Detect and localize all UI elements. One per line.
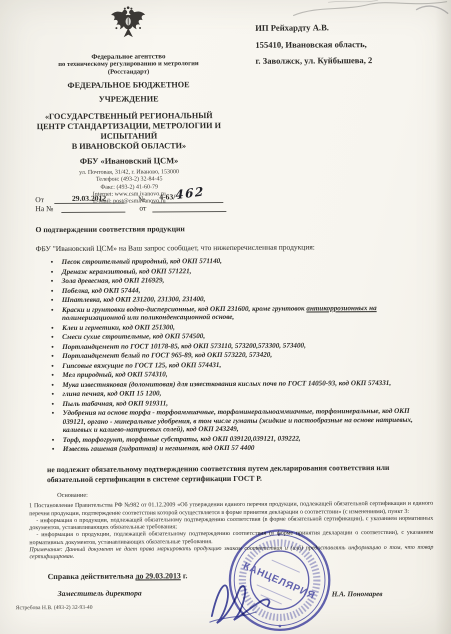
ref-from-label: От (35, 195, 44, 204)
ref-number-printed: 4-63/ (159, 192, 175, 201)
basis-label: Основание: (57, 490, 433, 500)
product-item: Удобрения на основе торфа - торфоаммиачн… (61, 407, 431, 435)
validity-line: Справка действительна до 29.03.2013 г. (48, 571, 188, 581)
product-item: Краски и грунтовки водно-дисперсионные, … (60, 303, 430, 322)
russia-coat-of-arms-icon (107, 5, 149, 42)
reply-date-label: от (139, 203, 146, 212)
reply-date-blank (152, 211, 226, 212)
ref-date: 29.03.2012 (54, 194, 124, 204)
ref-number-handwritten: 462 (175, 184, 205, 202)
conclusion-paragraph: не подлежит обязательному подтверждению … (47, 463, 433, 485)
letterhead: Федеральное агентство по техническому ре… (6, 5, 251, 207)
reply-label: На № (35, 204, 53, 213)
org-type-line: УЧРЕЖДЕНИЕ (7, 94, 251, 105)
reply-reference-row: На №от (35, 203, 285, 214)
subject-line: О подтверждении соответствия продукции (35, 224, 184, 234)
executor-contact: Ястребова Н.В. (493-2) 32-93-40 (16, 605, 93, 611)
agency-name-line: (Росстандарт) (6, 68, 250, 77)
recipient-block: ИП Рейхардту А.В. 155410, Ивановская обл… (255, 19, 435, 70)
recipient-postal: 155410, Ивановская область, (255, 35, 435, 53)
reply-number-blank (61, 212, 125, 213)
chancellery-stamp: КАНЦЕЛЯРИЯ (223, 526, 336, 634)
recipient-street: г. Заволжск, ул. Куйбышева, 2 (255, 52, 435, 70)
scanned-letter-page: Федеральное агентство по техническому ре… (0, 0, 451, 634)
intro-paragraph: ФБУ "Ивановский ЦСМ» на Ваш запрос сообщ… (36, 242, 428, 253)
signer-name: Н.А. Пономарев (332, 590, 383, 598)
org-short-name: ФБУ «Ивановский ЦСМ» (7, 156, 251, 166)
position-title: Заместитель директора (58, 589, 142, 599)
ref-number-label: № (138, 194, 145, 203)
reference-row: От29.03.2012№4-63/462 (35, 188, 285, 205)
org-type-line: ФЕДЕРАЛЬНОЕ БЮДЖЕТНОЕ (7, 80, 251, 91)
ref-number: 4-63/462 (151, 188, 223, 203)
recipient-name: ИП Рейхардту А.В. (255, 19, 435, 37)
org-name-line: В ИВАНОВСКОЙ ОБЛАСТИ» (7, 141, 251, 152)
product-list: Песок строительный природный, код ОКП 57… (60, 256, 431, 455)
product-item: Известь гашеная (гидратная) и негашеная,… (61, 443, 431, 454)
